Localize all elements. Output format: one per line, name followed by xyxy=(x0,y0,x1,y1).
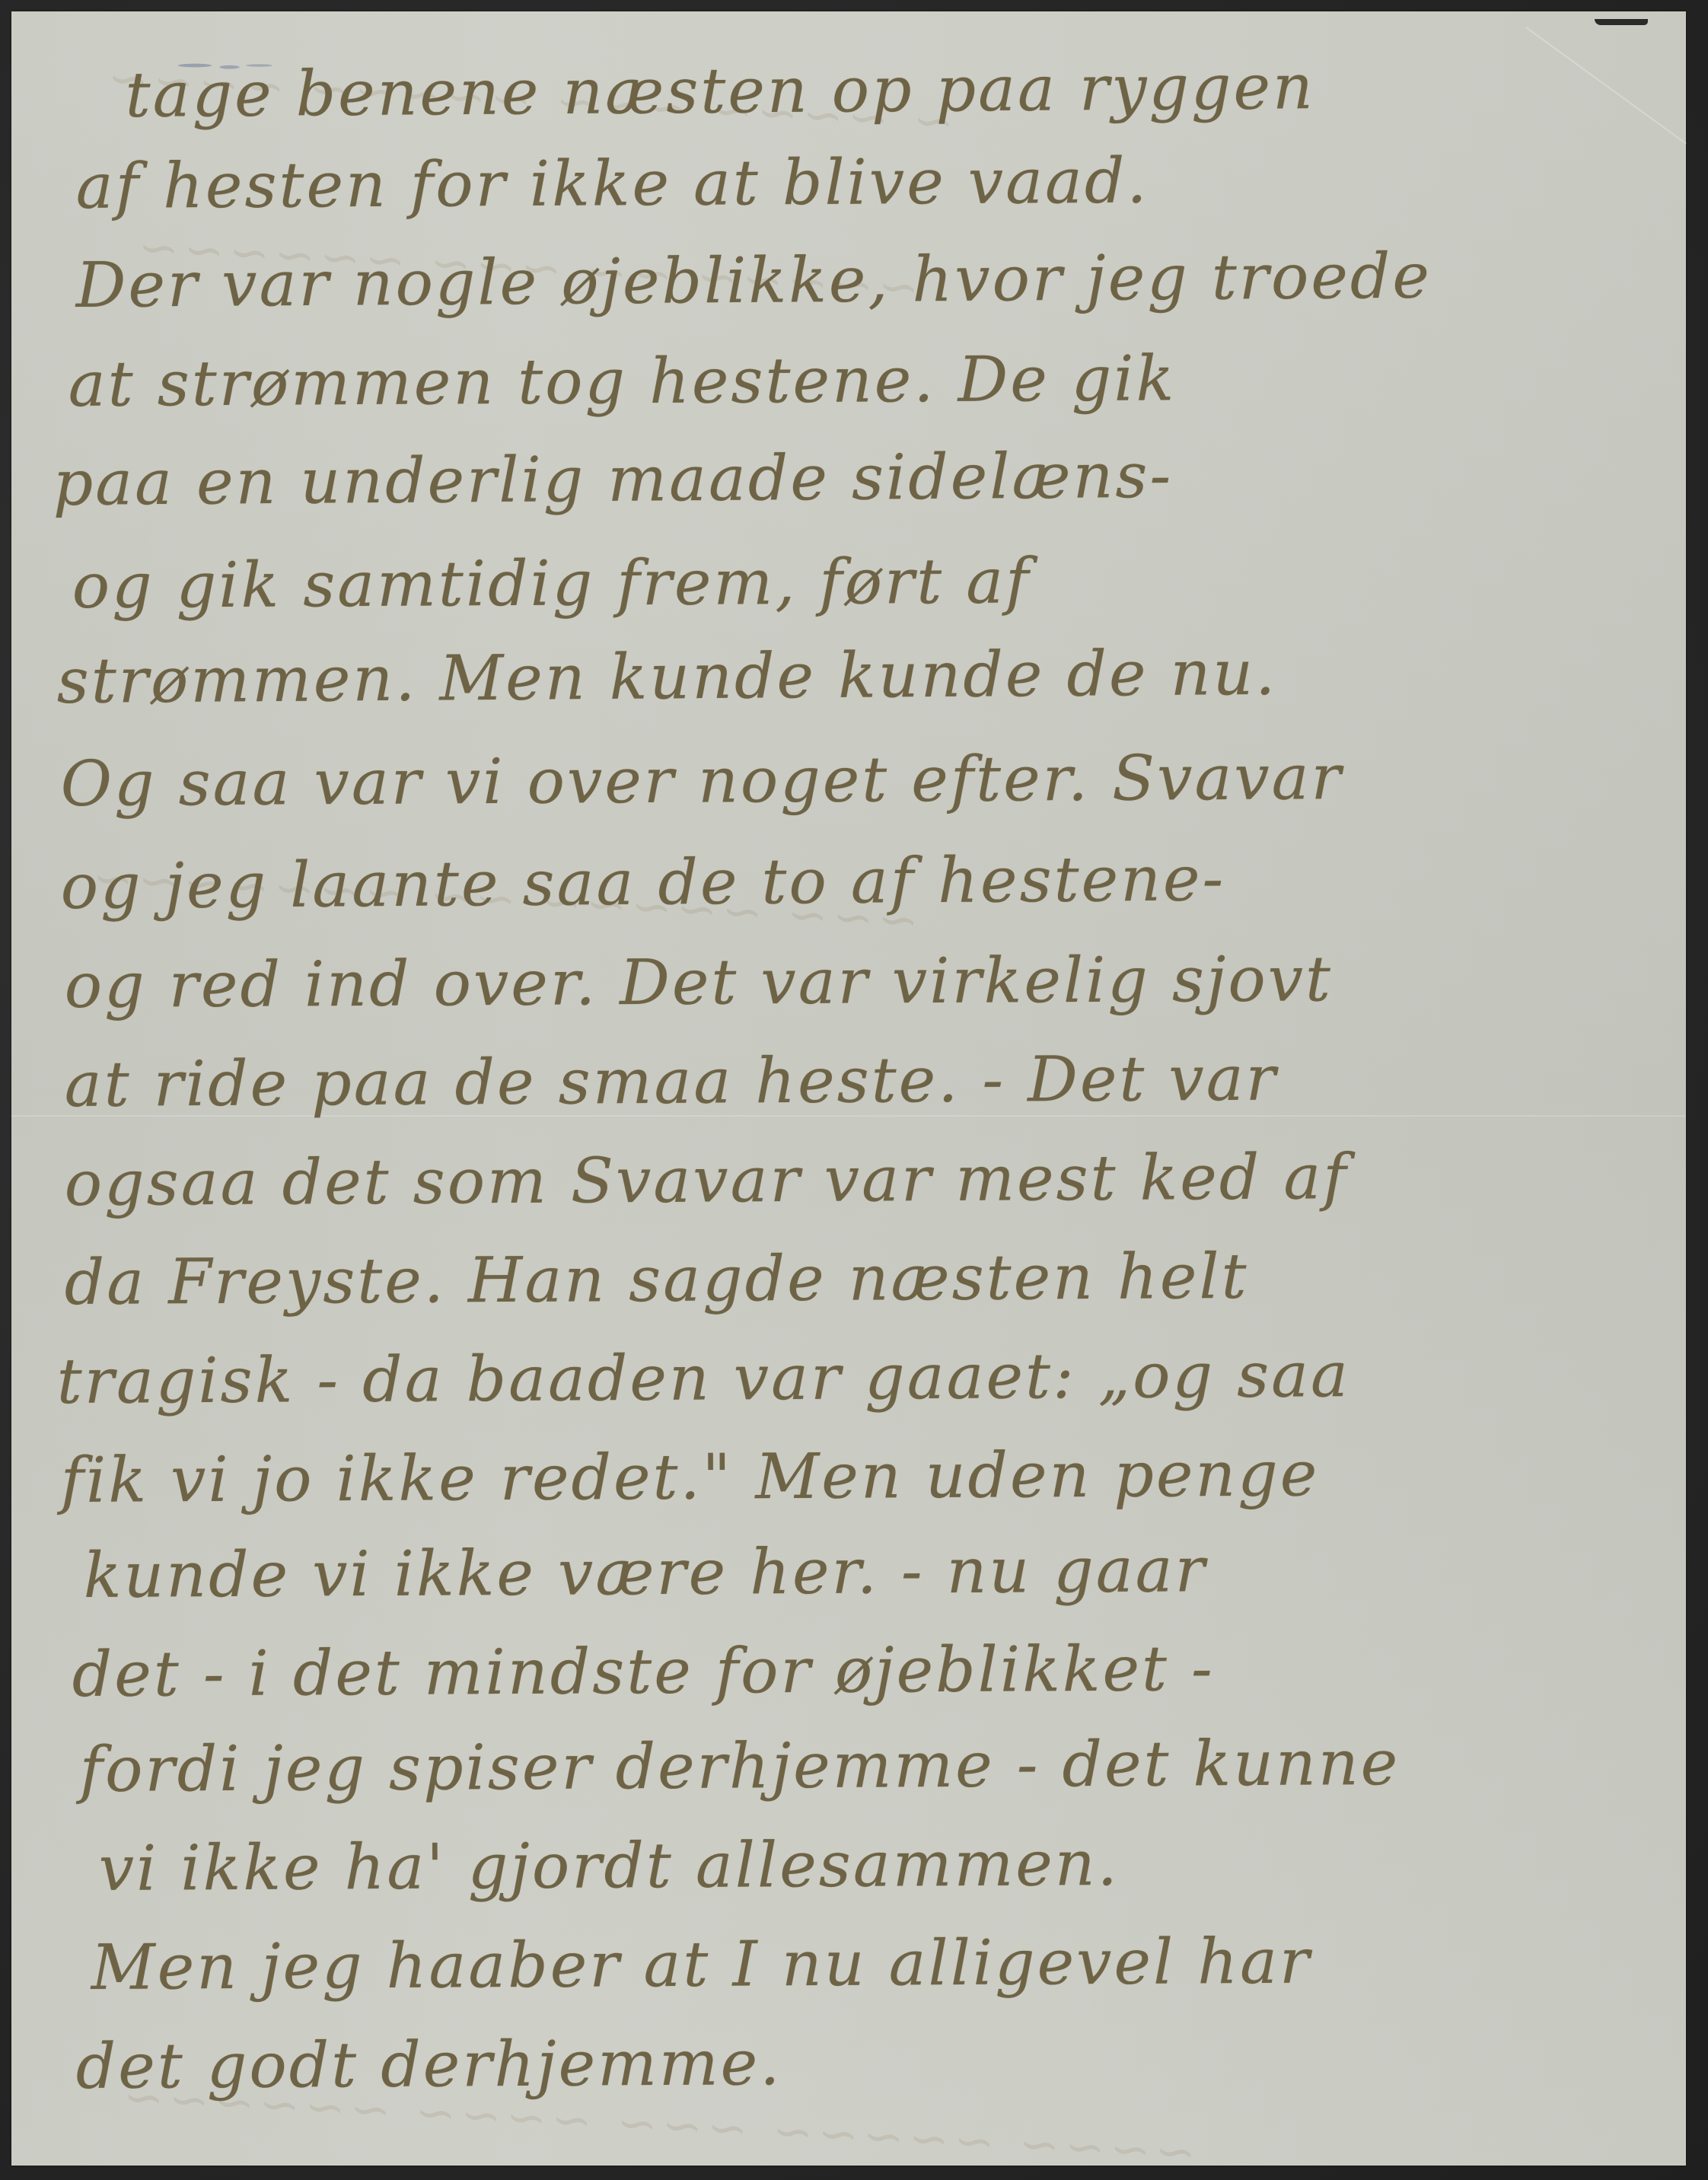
letter-line-1: tage benene næsten op paa ryggen xyxy=(125,56,1315,127)
letter-page: ~ ~~~~ ~~~ ~~~~~ ~~~~ ~~~~~ ~~ ~~~ ~~~~~… xyxy=(11,11,1686,2166)
letter-line-15: fik vi jo ikke redet." Men uden penge xyxy=(61,1443,1320,1512)
letter-line-6: og gik samtidig frem, ført af xyxy=(72,550,1031,618)
letter-line-12: ogsaa det som Svavar var mest ked af xyxy=(65,1146,1349,1216)
letter-line-17: det - i det mindste for øjeblikket - xyxy=(72,1638,1215,1707)
paper-crease xyxy=(1525,27,1687,144)
letter-line-7: strømmen. Men kunde kunde de nu. xyxy=(56,642,1277,713)
letter-line-2: af hesten for ikke at blive vaad. xyxy=(76,151,1149,218)
letter-line-11: at ride paa de smaa heste. - Det var xyxy=(65,1048,1278,1117)
letter-line-16: kunde vi ikke være her. - nu gaar xyxy=(84,1539,1207,1608)
letter-line-14: tragisk - da baaden var gaaet: „og saa xyxy=(57,1344,1351,1413)
letter-line-4: at strømmen tog hestene. De gik xyxy=(69,348,1177,416)
letter-line-5: paa en underlig maade sidelæns- xyxy=(53,445,1173,515)
letter-line-10: og red ind over. Det var virkelig sjovt xyxy=(65,948,1334,1018)
letter-line-8: Og saa var vi over noget efter. Svavar xyxy=(61,747,1343,816)
letter-line-18: fordi jeg spiser derhjemme - det kunne xyxy=(80,1732,1400,1802)
letter-line-13: da Freyste. Han sagde næsten helt xyxy=(65,1246,1249,1315)
letter-line-19: vi ikke ha' gjordt allesammen. xyxy=(99,1833,1120,1901)
letter-line-9: og jeg laante saa de to af hestene- xyxy=(60,848,1225,919)
paper-tear xyxy=(1595,19,1648,25)
letter-line-20: Men jeg haaber at I nu alligevel har xyxy=(91,1931,1312,2000)
letter-line-21: det godt derhjemme. xyxy=(76,2032,782,2099)
letter-line-3: Der var nogle øjeblikke, hvor jeg troede xyxy=(75,246,1432,317)
